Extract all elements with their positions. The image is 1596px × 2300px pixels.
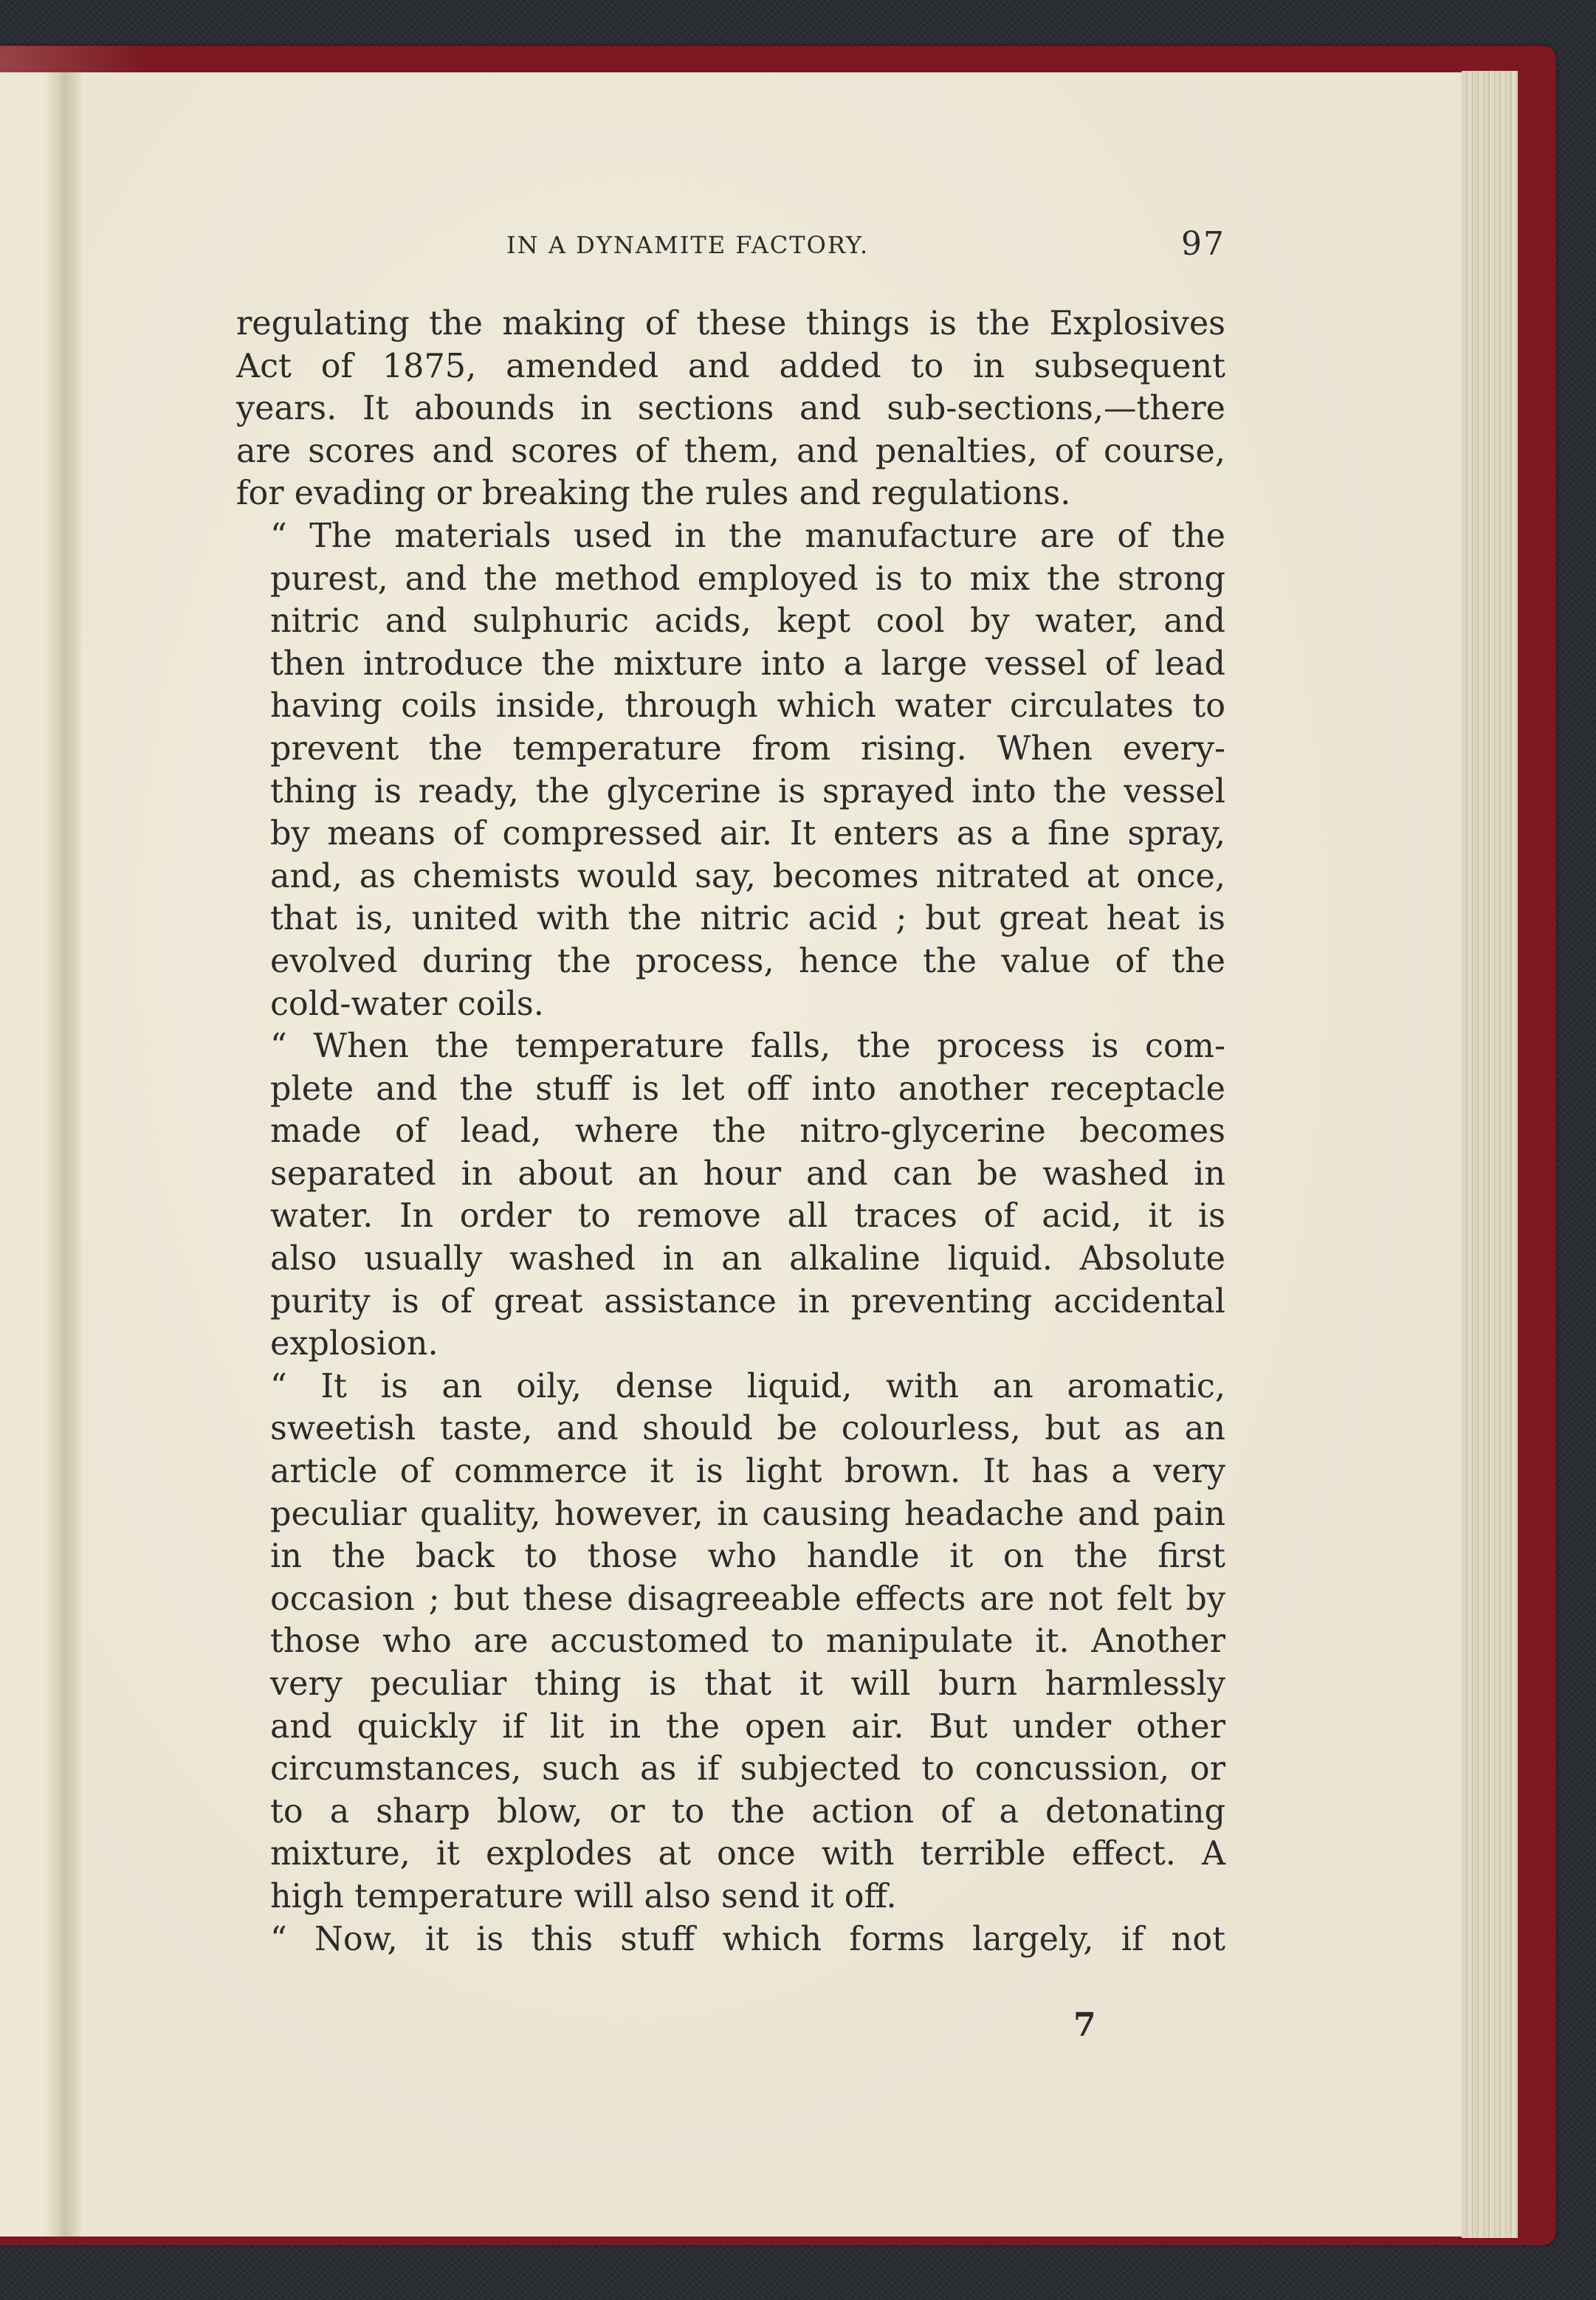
text-line: also usually washed in an alkaline liqui… [236, 1238, 1225, 1281]
text-line: and, as chemists would say, becomes nitr… [236, 855, 1225, 898]
text-line: purest, and the method employed is to mi… [236, 558, 1225, 601]
text-line: thing is ready, the glycerine is sprayed… [236, 771, 1225, 813]
text-line: in the back to those who handle it on th… [236, 1535, 1225, 1578]
text-line: having coils inside, through which water… [236, 685, 1225, 728]
text-line: explosion. [236, 1323, 1225, 1366]
text-line: “ It is an oily, dense liquid, with an a… [236, 1366, 1225, 1408]
cover-wear [0, 46, 148, 74]
text-line: that is, united with the nitric acid ; b… [236, 898, 1225, 940]
text-line: purity is of great assistance in prevent… [236, 1281, 1225, 1323]
body-text: regulating the making of these things is… [236, 303, 1225, 1960]
page-text-block: IN A DYNAMITE FACTORY. 97 regulating the… [236, 225, 1225, 1960]
text-line: cold-water coils. [236, 983, 1225, 1026]
text-line: peculiar quality, however, in causing he… [236, 1493, 1225, 1536]
paragraph: “ It is an oily, dense liquid, with an a… [236, 1366, 1225, 1918]
book-gutter [44, 72, 81, 2237]
text-line: circumstances, such as if subjected to c… [236, 1748, 1225, 1791]
text-line: occasion ; but these disagreeable effect… [236, 1578, 1225, 1621]
signature-mark: 7 [1073, 2006, 1096, 2044]
text-line: water. In order to remove all traces of … [236, 1195, 1225, 1238]
running-title: IN A DYNAMITE FACTORY. [506, 231, 869, 259]
text-line: “ When the temperature falls, the proces… [236, 1025, 1225, 1068]
text-line: plete and the stuff is let off into anot… [236, 1068, 1225, 1111]
text-line: very peculiar thing is that it will burn… [236, 1663, 1225, 1706]
text-line: nitric and sulphuric acids, kept cool by… [236, 600, 1225, 643]
text-line: article of commerce it is light brown. I… [236, 1450, 1225, 1493]
paragraph: “ When the temperature falls, the proces… [236, 1025, 1225, 1366]
text-line: and quickly if lit in the open air. But … [236, 1706, 1225, 1749]
text-line: made of lead, where the nitro-glycerine … [236, 1110, 1225, 1153]
text-line: sweetish taste, and should be colourless… [236, 1408, 1225, 1450]
text-line: regulating the making of these things is… [236, 303, 1225, 345]
text-line: high temperature will also send it off. [236, 1876, 1225, 1918]
text-line: Act of 1875, amended and added to in sub… [236, 345, 1225, 388]
text-line: to a sharp blow, or to the action of a d… [236, 1791, 1225, 1834]
text-line: evolved during the process, hence the va… [236, 940, 1225, 983]
text-line: years. It abounds in sections and sub-se… [236, 388, 1225, 430]
text-line: then introduce the mixture into a large … [236, 643, 1225, 686]
text-line: for evading or breaking the rules and re… [236, 472, 1225, 515]
text-line: “ The materials used in the manufacture … [236, 515, 1225, 558]
running-head: IN A DYNAMITE FACTORY. 97 [236, 225, 1225, 269]
page-edge-stack [1462, 71, 1518, 2238]
paragraph: “ Now, it is this stuff which forms larg… [236, 1918, 1225, 1961]
text-line: prevent the temperature from rising. Whe… [236, 728, 1225, 771]
paragraph: “ The materials used in the manufacture … [236, 515, 1225, 1025]
text-line: those who are accustomed to manipulate i… [236, 1620, 1225, 1663]
text-line: by means of compressed air. It enters as… [236, 813, 1225, 855]
text-line: separated in about an hour and can be wa… [236, 1153, 1225, 1196]
text-line: are scores and scores of them, and penal… [236, 430, 1225, 473]
text-line: mixture, it explodes at once with terrib… [236, 1833, 1225, 1876]
paragraph: regulating the making of these things is… [236, 303, 1225, 515]
page-number: 97 [1181, 225, 1225, 263]
text-line: “ Now, it is this stuff which forms larg… [236, 1918, 1225, 1961]
